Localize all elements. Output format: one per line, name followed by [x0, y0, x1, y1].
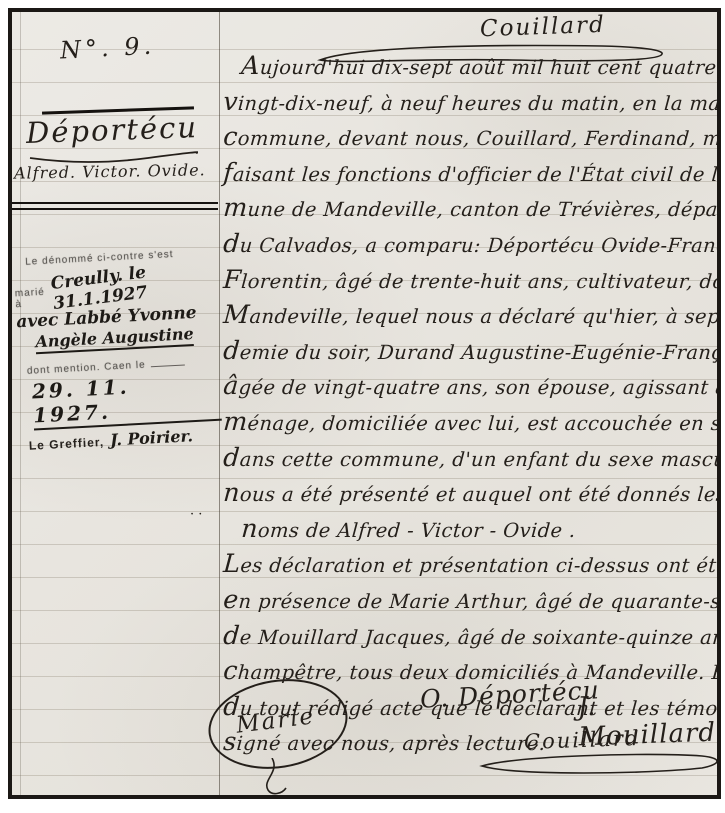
- manuscript-line: de Mouillard Jacques, âgé de soixante-qu…: [222, 619, 721, 655]
- act-body-text: Aujourd'hui dix-sept août mil huit cent …: [222, 49, 721, 761]
- manuscript-line: Les déclaration et présentation ci-dessu…: [222, 547, 721, 583]
- manuscript-line: Florentin, âgé de trente-huit ans, culti…: [222, 263, 721, 299]
- stamp-printed-marie: marié à: [15, 287, 50, 311]
- stamp-printed-greffier: Le Greffier,: [28, 435, 104, 453]
- witness-signature-circled: Marie: [208, 672, 358, 782]
- manuscript-line: faisant les fonctions d'officier de l'Ét…: [222, 156, 721, 192]
- manuscript-line: du Calvados, a comparu: Déportécu Ovide-…: [222, 227, 721, 263]
- greffier-signature: J. Poirier.: [110, 426, 194, 449]
- manuscript-line: âgée de vingt-quatre ans, son épouse, ag…: [222, 369, 721, 405]
- paraph-flourish-bottom: [476, 748, 721, 778]
- signature-tail-flourish: [242, 758, 302, 798]
- manuscript-line: nous a été présenté et auquel ont été do…: [222, 476, 721, 512]
- marginal-mention-stamp: Le dénommé ci-contre s'est marié à Creul…: [13, 247, 223, 454]
- act-number: N°. 9.: [59, 32, 155, 65]
- stamp-hand-date: 29. 11. 1927.: [31, 370, 221, 431]
- manuscript-line: noms de Alfred - Victor - Ovide .: [222, 512, 721, 548]
- manuscript-line: ménage, domiciliée avec lui, est accouch…: [222, 405, 721, 441]
- manuscript-line: vingt-dix-neuf, à neuf heures du matin, …: [222, 85, 721, 121]
- manuscript-line: demie du soir, Durand Augustine-Eugénie-…: [222, 334, 721, 370]
- manuscript-line: mune de Mandeville, canton de Trévières,…: [222, 191, 721, 227]
- register-page-scan: N°. 9. Déportécu Alfred. Victor. Ovide. …: [8, 8, 721, 799]
- manuscript-line: en présence de Marie Arthur, âgé de quar…: [222, 583, 721, 619]
- manuscript-line: dans cette commune, d'un enfant du sexe …: [222, 441, 721, 477]
- margin-given-names: Alfred. Victor. Ovide.: [14, 160, 206, 182]
- double-rule: [12, 202, 218, 210]
- ditto-marks: · ·: [190, 507, 202, 522]
- stamp-blank-line: [150, 357, 184, 368]
- margin-surname: Déportécu: [25, 110, 198, 150]
- manuscript-line: Aujourd'hui dix-sept août mil huit cent …: [222, 49, 721, 85]
- manuscript-line: Mandeville, lequel nous a déclaré qu'hie…: [222, 298, 721, 334]
- manuscript-line: commune, devant nous, Couillard, Ferdina…: [222, 120, 721, 156]
